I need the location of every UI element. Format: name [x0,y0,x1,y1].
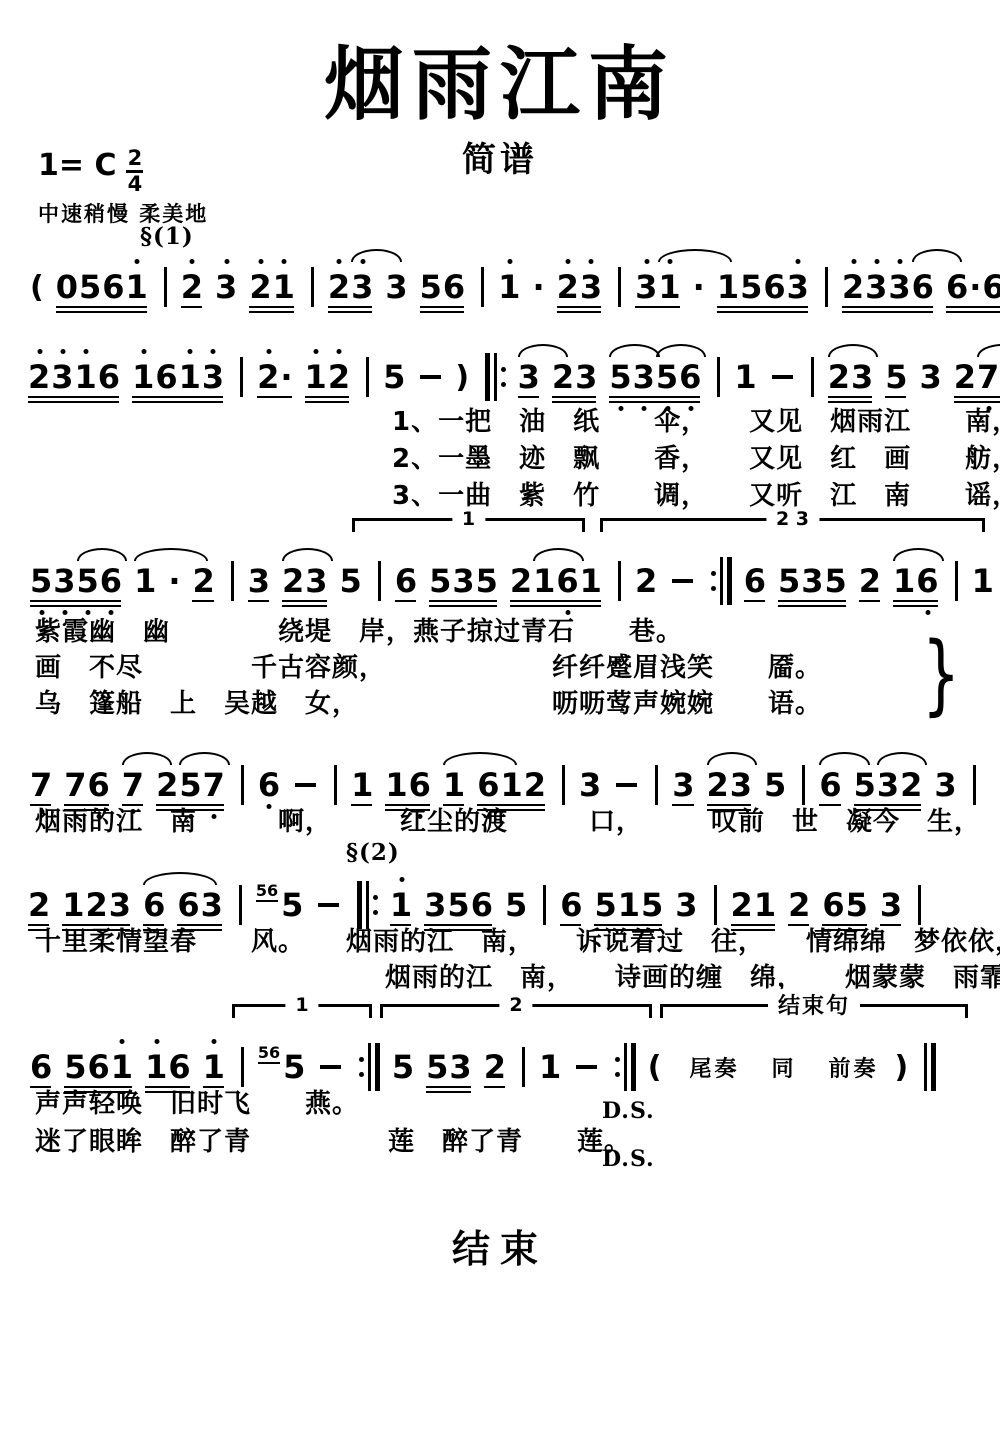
note-char: 6 [100,565,123,597]
note-char: 1 [498,271,521,303]
note-char: 3 [880,889,903,921]
octave-dot-below-icon [39,610,44,615]
note-char: 3 [53,565,76,597]
octave-dot-above-icon [120,1039,125,1044]
note-group: 2336 [842,271,935,303]
repeat-dots-icon [501,367,506,387]
duration-underline [30,600,121,603]
octave-dot-above-icon [212,1039,217,1044]
note-char: 5 [854,769,877,801]
note-group: · [532,271,545,303]
note-char: 1 [754,889,777,921]
end-text: 结束 [0,1218,1000,1273]
grace-notes: 56 [256,882,278,902]
parenthesis: ( [648,1050,662,1085]
slur-arc-icon [77,548,128,561]
note-char: 3 [449,1051,472,1083]
octave-dot-above-icon [874,259,879,264]
note-group: 3 [672,769,695,801]
note-group: 612 [477,769,547,801]
note-char: 1 [580,565,603,597]
note-char: 3 [865,271,888,303]
note-char: 6 [477,769,500,801]
duration-underline [30,605,121,608]
barline-icon [655,765,658,805]
note-char: · [532,271,545,303]
note-char: 6 [30,1051,53,1083]
note-char: 2 [484,1051,507,1083]
note-group: 76 [64,769,111,801]
repeat-dot [373,895,378,900]
lyric-line5-rowA: 十里柔情望春 风。 烟雨的江 南， 诉说着过 往， 情绵绵 梦依依， [35,926,1000,959]
slur-arc-icon [443,752,517,765]
music-glyph [727,557,732,605]
slur-arc-icon [707,752,758,765]
octave-dot-above-icon [60,349,65,354]
repeat-dot [359,1057,364,1062]
duration-underline [426,1086,471,1089]
note-char: 5 [476,565,499,597]
note-char: 5 [594,889,617,921]
duration-underline [249,311,294,314]
note-group: 2 [635,565,658,597]
duration-underline [192,600,213,603]
note-char: 6 [822,889,845,921]
note-group: 2 [788,889,811,921]
note-group: 6 [258,769,281,801]
note-char: 1 [893,565,916,597]
note-char: 3 [675,889,698,921]
note-char: 1 [179,361,202,393]
octave-dot-above-icon [266,349,271,354]
note-char: 6 [88,769,111,801]
note-char: 6 [560,889,583,921]
duration-underline [305,401,350,404]
duration-underline [56,306,147,309]
repeat-dot [359,1072,364,1077]
note-group: 1 [734,361,757,393]
barline-icon [618,267,621,307]
note-char: 6 [88,1051,111,1083]
music-glyph [624,1043,627,1091]
note-char: 3 [201,889,224,921]
duration-underline [305,396,350,399]
note-char: 1 [351,769,374,801]
duration-underline [717,311,808,314]
held-note-dash [616,783,637,787]
music-glyph [631,1043,636,1091]
note-group: 31 [635,271,682,303]
repeat-dots-icon [615,1057,620,1077]
octave-dot-above-icon [337,259,342,264]
note-group: 65 [822,889,869,921]
barline-icon [522,1047,525,1087]
ending-phrase-label: 结束句 [768,989,860,1020]
note-char: 3 [919,361,942,393]
held-note-dash [318,903,339,907]
note-group: 5 [340,565,363,597]
note-char: 6 [819,769,842,801]
note-group: 2· [257,361,293,393]
note-char: 3 [580,271,603,303]
note-char: 1 [132,361,155,393]
note-group: 3 [215,271,238,303]
note-group: 1613 [132,361,225,393]
note-group: 5356 [609,361,702,393]
note-group: 2316 [28,361,121,393]
note-char: 2 [828,361,851,393]
note-char: 2 [249,271,272,303]
note-char: 1 [62,889,85,921]
note-char: 5 [429,565,452,597]
music-text: 同 [771,1052,796,1083]
note-char: 3 [51,361,74,393]
note-char: 5 [609,361,632,393]
note-group: 2 [28,889,51,921]
note-char: 1 [305,361,328,393]
note-group: 23 [828,361,875,393]
repeat-dots-icon [359,1057,364,1077]
duration-underline [609,396,700,399]
repeat-dot [711,571,716,576]
note-char: 5 [283,1051,306,1083]
octave-dot-below-icon [925,610,930,615]
volta-bracket-line3-second-third: 2 3 [600,518,985,534]
music-line-2: 231616132·125)3235356123532726 [28,340,1000,414]
duration-underline [56,311,147,314]
barline-icon [366,357,369,397]
barline-icon [241,765,244,805]
note-group: 53 [426,1051,473,1083]
note-char: 2 [954,361,977,393]
slur-arc-icon [179,752,230,765]
barline-icon [955,561,958,601]
duration-underline [635,306,680,309]
note-char: · [693,271,706,303]
note-char: 5 [392,1051,415,1083]
note-char: 5 [420,271,443,303]
note-char: 5 [778,565,801,597]
note-char: 6 [177,889,200,921]
note-group: 3 [880,889,903,921]
note-char: 6 [946,271,969,303]
octave-dot-above-icon [314,349,319,354]
duration-underline [893,605,938,608]
octave-dot-above-icon [135,259,140,264]
note-group: 3 [934,769,957,801]
duration-underline [510,605,601,608]
end-repeat-barline-icon [359,1043,380,1091]
note-group: 6 [395,565,418,597]
music-glyph [366,881,369,929]
volta-bracket-line3-first: 1 [352,518,585,534]
lyric-line3-right-row2: 纤纤蹙眉浅笑 靥。 [552,652,822,685]
duration-underline [954,401,1000,404]
octave-dot-below-icon [62,610,67,615]
duration-underline [552,396,597,399]
note-char: 2 [257,361,280,393]
duration-underline [954,396,1000,399]
note-char: 6 [443,271,466,303]
barline-icon [973,765,976,805]
duration-underline [248,600,269,603]
note-char: 1 [717,271,740,303]
note-char: 5 [885,361,908,393]
note-char: 5 [179,769,202,801]
note-char: 2 [156,769,179,801]
note-char: 5 [64,1051,87,1083]
note-char: 5 [641,889,664,921]
lyric-line3-row1: 紫霞幽 幽 绕堤 岸，燕子掠过青石 巷。 [35,616,683,649]
slur-arc-icon [282,548,333,561]
note-char: 3 [248,565,271,597]
note-group: 23 [552,361,599,393]
volta-bracket-line6-second: 2 [380,1004,652,1020]
repeat-dot [501,382,506,387]
barline-icon [311,267,314,307]
duration-underline [28,396,119,399]
note-group: 1 [203,1051,226,1083]
duration-underline [859,600,880,603]
note-char: 1 [385,769,408,801]
note-char: 6 [471,889,494,921]
octave-dot-above-icon [211,349,216,354]
octave-dot-above-icon [337,349,342,354]
barline-icon [231,561,234,601]
note-char: 2 [28,361,51,393]
note-char: 1 [443,769,466,801]
note-group: · [168,565,181,597]
note-char: · [280,361,293,393]
octave-dot-above-icon [141,349,146,354]
note-char: 2 [557,271,580,303]
note-group: 5 [283,1051,306,1083]
note-char: 2 [552,361,575,393]
note-char: 2 [859,565,882,597]
duration-underline [828,396,873,399]
music-glyph [375,1043,380,1091]
note-group: 2 [484,1051,507,1083]
octave-dot-above-icon [224,259,229,264]
song-title: 烟雨江南 [0,20,1000,135]
duration-underline [552,401,597,404]
held-note-dash [320,1065,341,1069]
octave-dot-above-icon [399,877,404,882]
octave-dot-above-icon [796,259,801,264]
slur-arc-icon [658,249,732,262]
volta-label: 1 [285,994,318,1016]
barline-icon [562,765,565,805]
lyric-line6-rowA: 声声轻唤 旧时飞 燕。 [35,1088,359,1121]
note-group: 12 [305,361,352,393]
duration-underline [132,401,223,404]
duration-underline [946,311,1000,314]
note-group: 2 [181,271,204,303]
note-char: 6 [763,271,786,303]
note-char: 5 [79,271,102,303]
note-char: 3 [215,271,238,303]
duration-underline [557,306,602,309]
note-char: 2 [86,889,109,921]
note-char: 7 [203,769,226,801]
key-signature: 1= C 2 4 [38,148,143,195]
segno-2-icon: §(2) [346,839,400,866]
slur-arc-icon [518,344,569,357]
music-text: 前奏 [828,1052,878,1083]
note-char: 0 [56,271,79,303]
duration-underline [395,600,416,603]
note-group: 257 [156,769,226,801]
ending-phrase-bracket: 结束句 [660,1004,968,1020]
duration-underline [893,600,938,603]
final-barline-icon [924,1043,936,1091]
music-line-1: §(1) (05612321233561·2331·156323366·61 [30,250,1000,324]
note-group: 5 [885,361,908,393]
duration-underline [744,600,765,603]
octave-dot-above-icon [851,259,856,264]
note-char: 5 [77,565,100,597]
barline-icon [618,561,621,601]
note-group: 56 [420,271,467,303]
note-group: 272 [954,361,1000,393]
note-char: · [168,565,181,597]
music-glyph [494,353,497,401]
note-char: 1 [734,361,757,393]
note-char: 3 [635,271,658,303]
note-char: 3 [575,361,598,393]
music-glyph [720,557,723,605]
barline-icon [918,885,921,925]
note-char: 7 [977,361,1000,393]
slur-arc-icon [533,548,584,561]
note-char: 6 [98,361,121,393]
note-char: 5 [740,271,763,303]
note-group: 5 [764,769,787,801]
duration-underline [282,605,327,608]
note-char: 6 [409,769,432,801]
repeat-dots-icon [373,895,378,915]
slur-arc-icon [819,752,870,765]
note-group: 21 [731,889,778,921]
note-char: 5 [281,889,304,921]
music-glyph [485,353,490,401]
duration-underline [420,306,465,309]
note-char: 6 [556,565,579,597]
note-char: · [969,271,982,303]
note-group: 3 [248,565,271,597]
barline-icon [811,357,814,397]
note-group: 2161 [510,565,603,597]
note-group: 3 [579,769,602,801]
note-group: 6 [143,889,166,921]
lyric-line6-rowB-left: 迷了眼眸 醉了青 [35,1126,251,1159]
music-glyph [368,1043,371,1091]
note-char: 2 [900,769,923,801]
note-char: 6 [143,889,166,921]
note-group: 0561 [56,271,149,303]
barline-icon [714,885,717,925]
note-group: 63 [177,889,224,921]
note-char: 5 [426,1051,449,1083]
note-group: 6·61 [946,271,1000,303]
note-char: 7 [30,769,53,801]
note-group: 23 [282,565,329,597]
note-group: 356 [424,889,494,921]
notation-type-subtitle: 简谱 [0,132,1000,181]
lyric-line6-rowB-right: 莲 醉了青 莲。 [388,1126,631,1159]
note-group: 1563 [717,271,810,303]
note-group: 6 [30,1051,53,1083]
note-char: 2 [707,769,730,801]
duration-underline [181,306,202,309]
slur-arc-icon [912,249,963,262]
note-char: 6 [155,361,178,393]
music-text: 尾奏 [689,1052,739,1083]
note-char: 3 [385,271,408,303]
octave-dot-above-icon [566,259,571,264]
note-group: 2 [192,565,215,597]
note-char: 3 [202,361,225,393]
note-group: 5356 [30,565,123,597]
note-char: 2 [788,889,811,921]
parenthesis: ) [455,360,469,395]
note-group: 6 [560,889,583,921]
slur-arc-icon [122,752,173,765]
time-signature: 2 4 [126,148,143,195]
octave-dot-above-icon [190,259,195,264]
lyric-verse-2: 2、一墨 迹 飘 香， 又见 红 画 舫， [392,443,1000,476]
lyric-line5-rowB: 烟雨的江 南， 诗画的缠 绵， 烟蒙蒙 雨霏霏， [385,962,1000,995]
note-char: 2 [510,565,533,597]
duration-underline [132,396,223,399]
slur-arc-icon [828,344,879,357]
note-group: 5 [281,889,304,921]
note-char: 3 [888,271,911,303]
note-char: 1 [273,271,296,303]
note-char: 2 [328,271,351,303]
duration-underline [328,311,373,314]
end-repeat-barline-icon [615,1043,636,1091]
octave-dot-below-icon [566,610,571,615]
note-group: 561 [64,1051,134,1083]
note-char: 1 [539,1051,562,1083]
note-char: 3 [305,565,328,597]
note-char: 3 [851,361,874,393]
note-char: 5 [447,889,470,921]
duration-underline [429,600,497,603]
note-group: 515 [594,889,664,921]
note-char: 1 [111,1051,134,1083]
note-group: 5 [383,361,406,393]
note-char: 7 [122,769,145,801]
segno-1-icon: §(1) [140,223,194,250]
duration-underline [778,605,846,608]
note-char: 1 [203,1051,226,1083]
repeat-dot [615,1072,620,1077]
note-group: 3 [518,361,541,393]
duration-underline [257,396,291,399]
note-group: 535 [778,565,848,597]
note-char: 2 [282,565,305,597]
music-glyph [931,1043,936,1091]
octave-dot-above-icon [644,259,649,264]
barline-icon [825,267,828,307]
note-group: 23 [557,271,604,303]
held-note-dash [420,375,441,379]
duration-underline [510,600,601,603]
note-char: 1 [390,889,413,921]
duration-underline [429,605,497,608]
